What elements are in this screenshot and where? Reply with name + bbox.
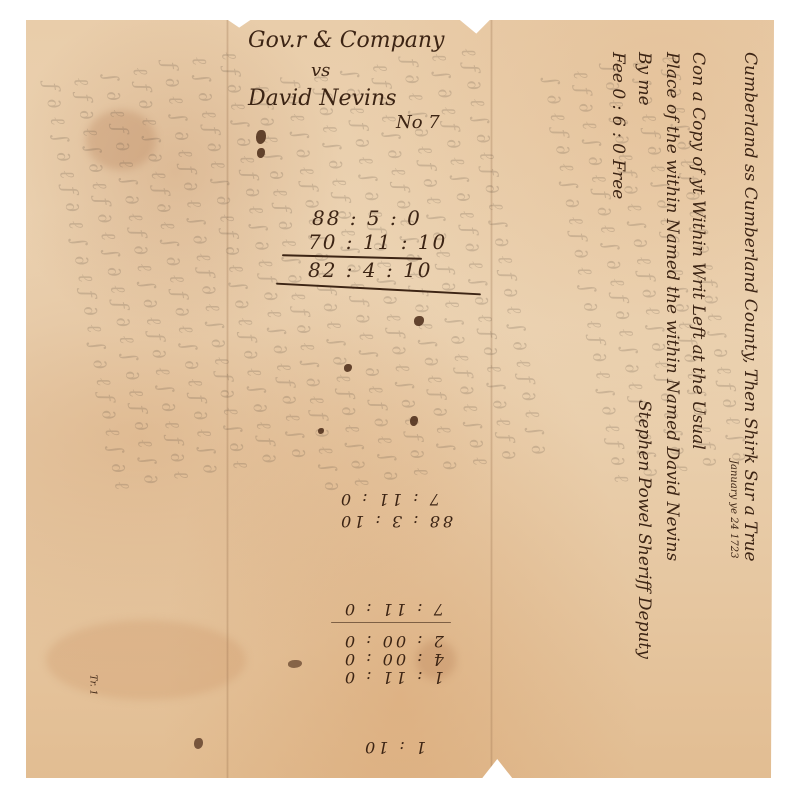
endorsement-line: By me: [630, 52, 658, 106]
margin-note: Tr. 1: [87, 675, 97, 696]
ledger-total: 82 : 4 : 10: [308, 258, 433, 282]
inverted-ledger-footer: 1 : 10: [362, 738, 426, 757]
endorsement-line: Con a Copy of yt Within Writ Left at the…: [684, 52, 712, 450]
paper-sheet: ℓ ƒ ∂ ℓ ∫ ∂ ℓ ƒ ∂ ℓ ∫ ∂ ℓ ƒ ∂ ℓ ∫ ∂ ℓ ƒ …: [26, 20, 774, 778]
inverted-ledger-row: 2 : 00 : 0: [342, 632, 444, 651]
docket-title: Gov.r & Company: [248, 28, 444, 53]
stain: [46, 620, 246, 700]
ink-blot: [410, 416, 418, 426]
inverted-ledger-row: 88 : 3 : 10: [338, 512, 453, 531]
bleed-through-text: ℓ ƒ ∂ ℓ ∫ ∂ ℓ ƒ ∂ ℓ ∫ ∂ ℓ ƒ ∂ ℓ ∫ ∂ ℓ ƒ …: [36, 49, 315, 493]
ledger-row: 70 : 11 : 10: [308, 230, 447, 254]
stain: [86, 110, 156, 170]
ink-blot: [318, 428, 324, 434]
ledger-rule: [331, 622, 451, 623]
inverted-ledger-row: 1 : 11 : 0: [342, 668, 444, 687]
docket-versus: vs: [311, 60, 330, 81]
ink-blot: [257, 148, 265, 158]
inverted-ledger-row: 7 : 11 : 0: [338, 490, 440, 509]
fold-crease-left: [226, 20, 229, 778]
endorsement-signature: Stephen Powel Sheriff Deputy: [630, 400, 658, 659]
ledger-row: 88 : 5 : 0: [312, 206, 422, 230]
docket-number: No 7: [396, 112, 440, 133]
ledger-rule: [276, 283, 481, 295]
docket-defendant: David Nevins: [248, 86, 397, 111]
inverted-ledger-row: 7 : 11 : 0: [342, 600, 444, 619]
ink-blot: [344, 364, 352, 372]
ink-blot: [194, 738, 203, 749]
endorsement-date: January ye 24 1723: [719, 460, 747, 559]
ink-blot: [414, 316, 424, 326]
endorsement-fee: Fee 0 : 6 : 0 Free: [604, 52, 632, 199]
inverted-ledger-row: 4 : 00 : 0: [342, 650, 444, 669]
ink-blot: [256, 130, 266, 144]
document-photo: ℓ ƒ ∂ ℓ ∫ ∂ ℓ ƒ ∂ ℓ ∫ ∂ ℓ ƒ ∂ ℓ ∫ ∂ ℓ ƒ …: [0, 0, 792, 800]
endorsement-line: Place of the within Named the within Nam…: [658, 52, 686, 561]
ink-blot: [288, 660, 302, 668]
fold-crease-right: [490, 20, 493, 778]
